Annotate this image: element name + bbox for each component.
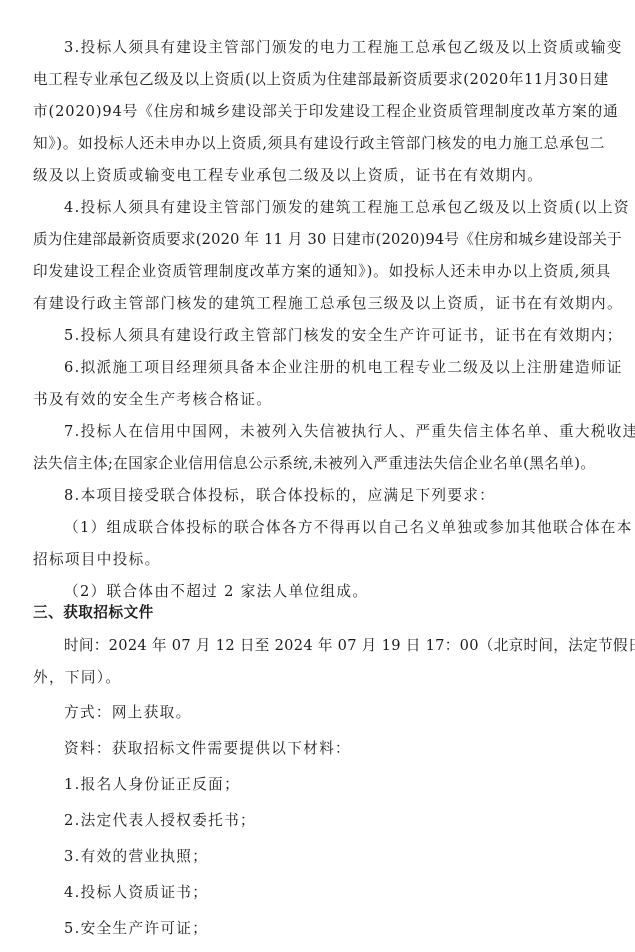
text-line: 市(2020)94号《住房和城乡建设部关于印发建设工程企业资质管理制度改革方案的… — [33, 102, 593, 122]
text-line: 时间：2024 年 07 月 12 日至 2024 年 07 月 19 日 17… — [64, 636, 594, 656]
text-line: 3.投标人须具有建设主管部门颁发的电力工程施工总承包乙级及以上资质或输变 — [64, 38, 594, 58]
text-line: 7.投标人在信用中国网，未被列入失信被执行人、严重失信主体名单、重大税收违 — [64, 422, 594, 442]
text-line: 6.拟派施工项目经理须具备本企业注册的机电工程专业二级及以上注册建造师证 — [64, 358, 594, 378]
method-line: 方式：网上获取。 — [64, 703, 594, 723]
text-line: 招标项目中投标。 — [33, 550, 593, 570]
text-line: （2）联合体由不超过 2 家法人单位组成。 — [64, 582, 594, 602]
text-line: 4.投标人须具有建设主管部门颁发的建筑工程施工总承包乙级及以上资质(以上资 — [64, 198, 594, 218]
text-line: 8.本项目接受联合体投标，联合体投标的，应满足下列要求： — [64, 486, 594, 506]
section-heading: 三、获取招标文件 — [33, 603, 593, 623]
text-line: 级及以上资质或输变电工程专业承包二级及以上资质，证书在有效期内。 — [33, 166, 593, 186]
text-line: 有建设行政主管部门核发的建筑工程施工总承包三级及以上资质，证书在有效期内。 — [33, 294, 593, 314]
list-item: 5.安全生产许可证； — [64, 919, 594, 939]
list-item: 1.报名人身份证正反面； — [64, 775, 594, 795]
text-line: 书及有效的安全生产考核合格证。 — [33, 390, 593, 410]
text-line: （1）组成联合体投标的联合体各方不得再以自己名义单独或参加其他联合体在本 — [64, 518, 594, 538]
text-line: 印发建设工程企业资质管理制度改革方案的通知》)。如投标人还未申办以上资质,须具 — [33, 262, 593, 282]
text-line: 法失信主体;在国家企业信用信息公示系统,未被列入严重违法失信企业名单(黑名单)。 — [33, 454, 593, 474]
text-line: 质为住建部最新资质要求(2020 年 11 月 30 日建市(2020)94号《… — [33, 230, 593, 250]
list-item: 4.投标人资质证书； — [64, 883, 594, 903]
materials-intro: 资料：获取招标文件需要提供以下材料： — [64, 739, 594, 759]
text-line: 知》)。如投标人还未申办以上资质,须具有建设行政主管部门核发的电力施工总承包二 — [33, 134, 593, 154]
list-item: 2.法定代表人授权委托书； — [64, 811, 594, 831]
list-item: 3.有效的营业执照； — [64, 847, 594, 867]
text-line: 5.投标人须具有建设行政主管部门核发的安全生产许可证书，证书在有效期内； — [64, 326, 594, 346]
text-line: 外，下同）。 — [33, 668, 593, 688]
text-line: 电工程专业承包乙级及以上资质(以上资质为住建部最新资质要求(2020年11月30… — [33, 70, 593, 90]
